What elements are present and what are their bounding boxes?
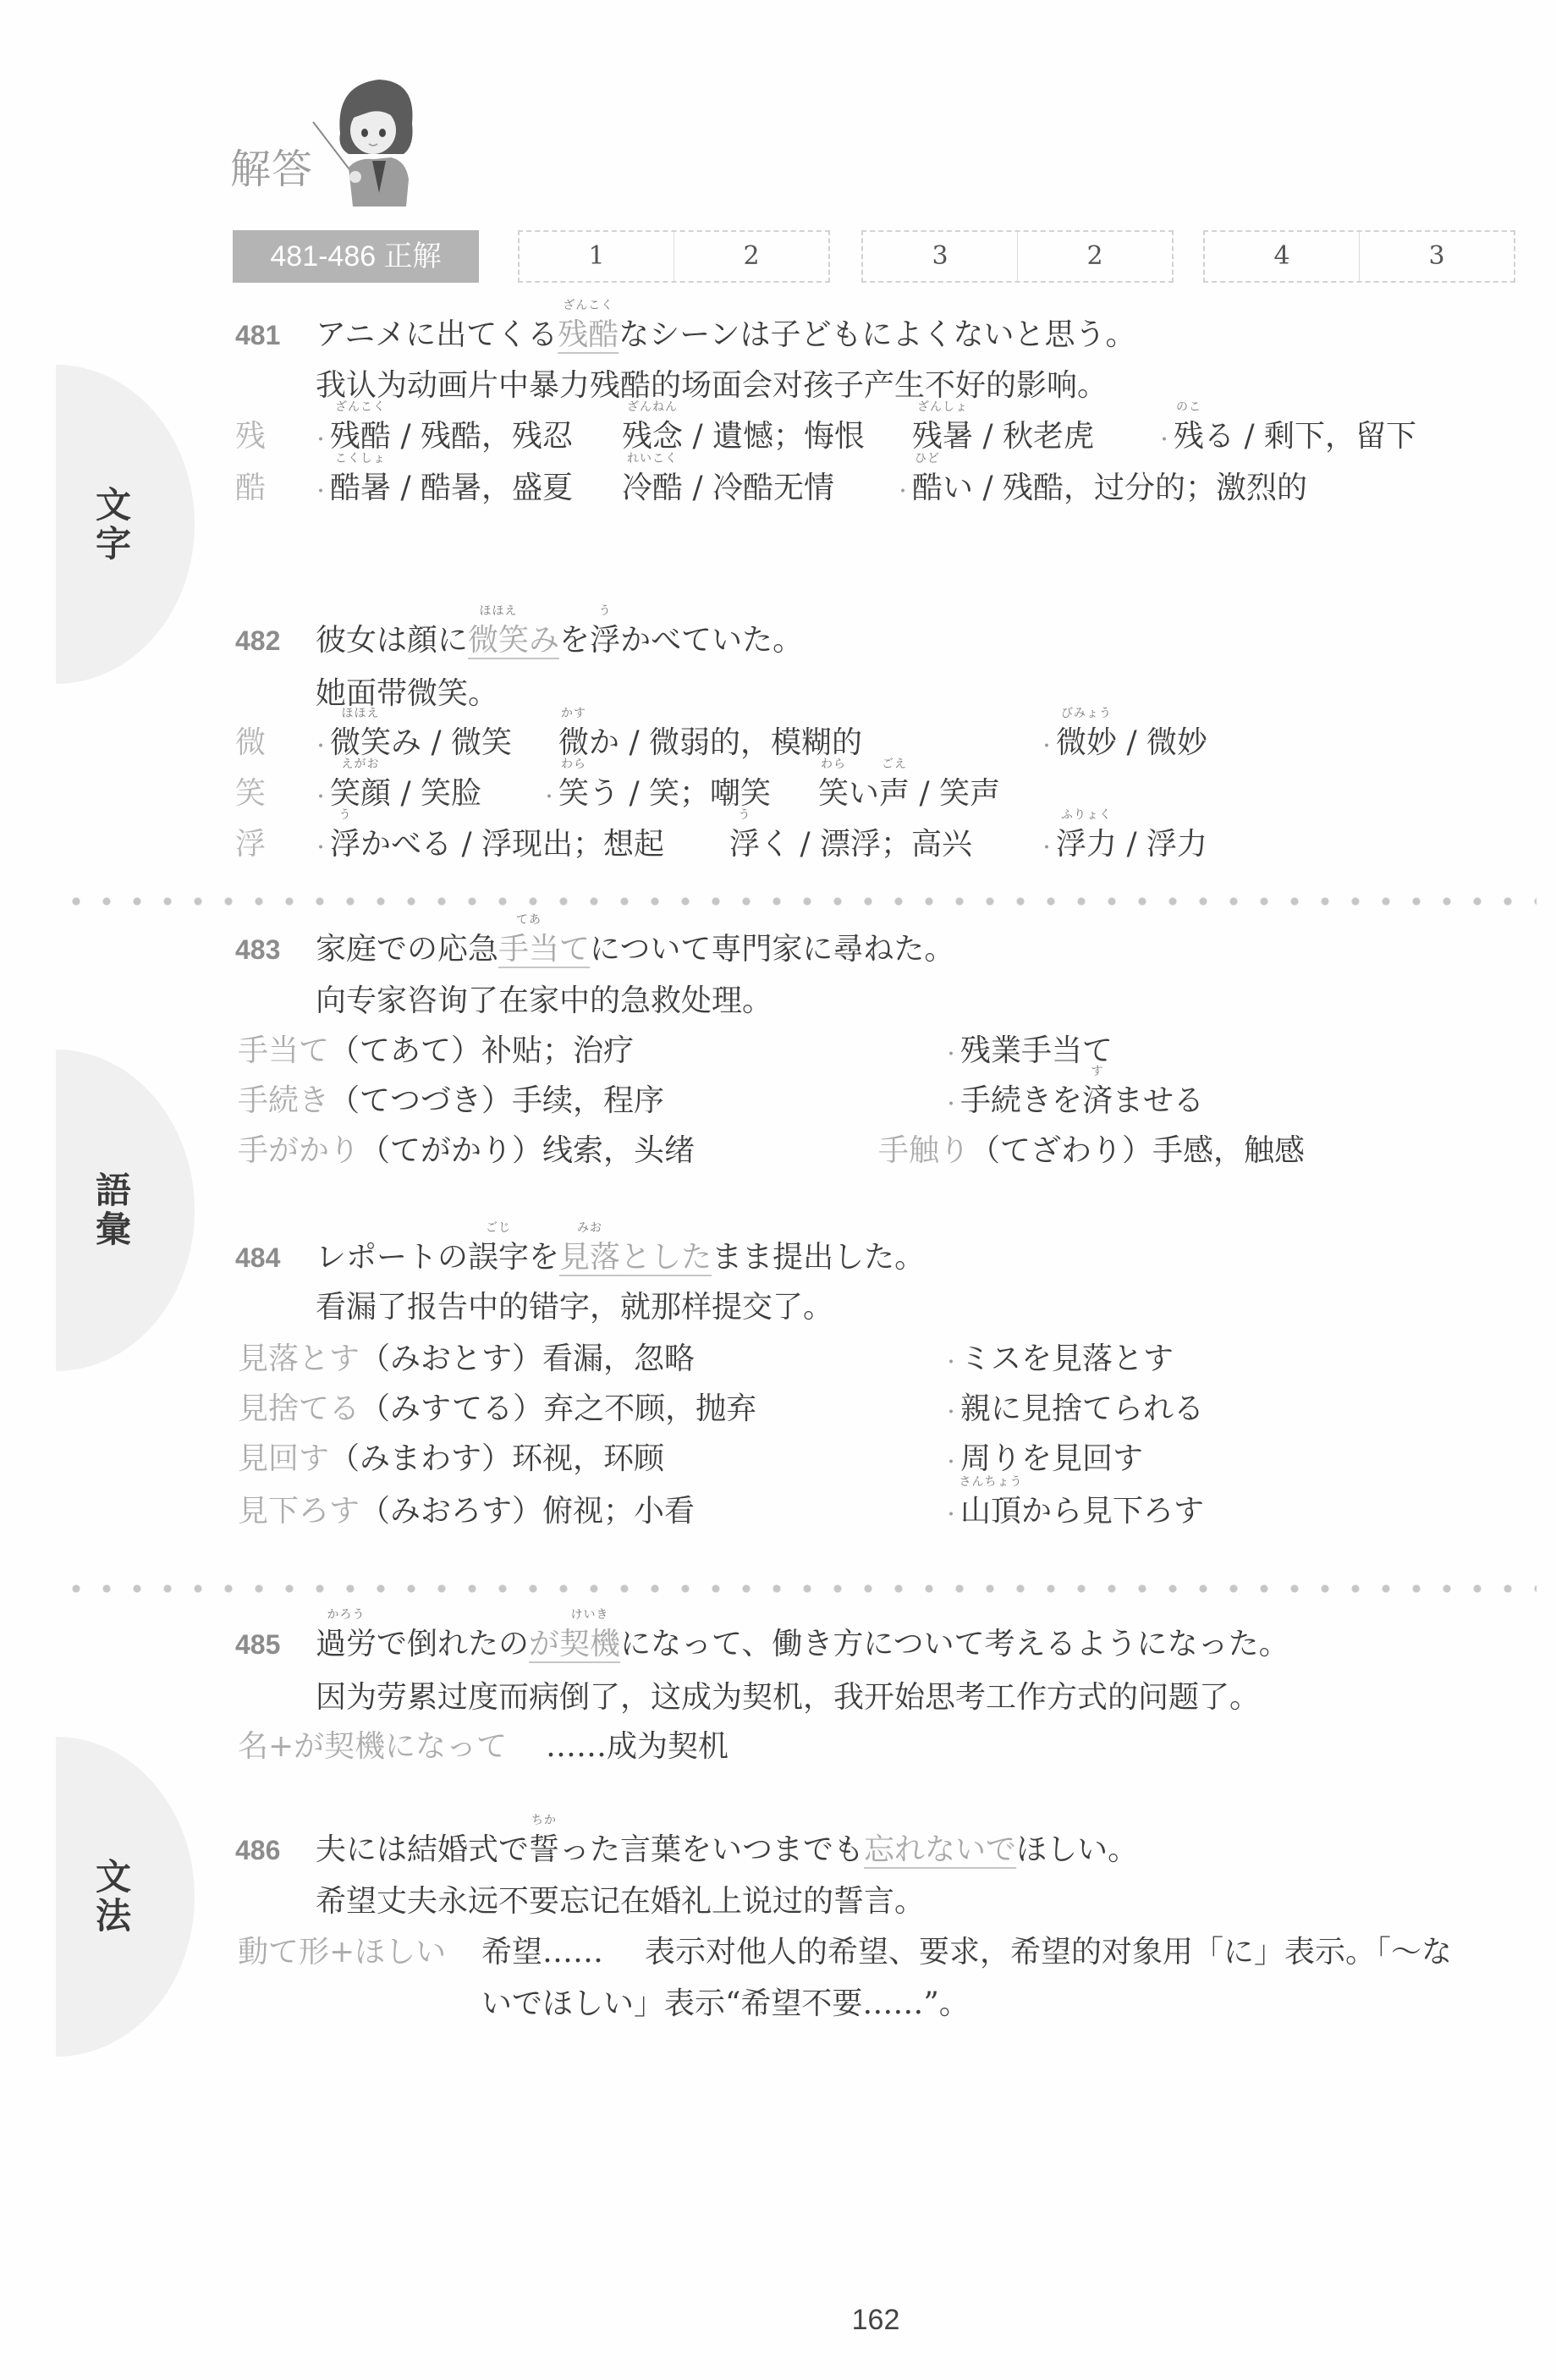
furigana: ごじ [448, 1222, 549, 1234]
question-481: 481 アニメに出てくるざんこく残酷なシーンは子どもによくないと思う。 [0, 317, 1556, 354]
entry-word-base: 冷酷 [622, 471, 683, 505]
question-sentence: アニメに出てくるざんこく残酷なシーンは子どもによくないと思う。 [316, 317, 1136, 354]
kanji-note-row: 酷 ・こくしょ酷暑 / 酷暑，盛夏 れいこく冷酷 / 冷酷无情 ・ひど酷い / … [0, 470, 1556, 507]
bullet-icon: ・ [942, 1345, 960, 1382]
furigana: けいき [539, 1609, 641, 1621]
entry-meaning: / 秋老虎 [973, 419, 1094, 454]
entry-word-base: 酷暑 [330, 471, 391, 505]
bullet-icon: ・ [942, 1395, 960, 1432]
entry-word-base: 微妙 [1056, 725, 1117, 760]
bullet-icon: ・ [1037, 830, 1056, 868]
question-sentence: かろう過労で倒れたのがけいき契機になって、働き方について考えるようになった。 [316, 1626, 1289, 1663]
furigana: う [709, 809, 780, 821]
furigana: てあ [478, 914, 580, 926]
translation-text: 向专家咨询了在家中的急救处理。 [316, 983, 773, 1020]
ruby-word-base: 誓 [529, 1832, 559, 1867]
kanji-entry: ・こくしょ酷暑 / 酷暑，盛夏 [311, 470, 573, 511]
kanji-label: 浮 [235, 826, 266, 863]
question-482: 482 彼女は顔にほほえ微笑みをう浮かべていた。 [0, 622, 1556, 659]
grammar-row-continued: いでほしい」表示“希望不要……”。 [0, 1986, 1556, 2023]
bullet-icon: ・ [942, 1497, 960, 1534]
entry-meaning: / 漂浮；高兴 [790, 827, 972, 862]
vocab-reading: （てあて） [329, 1033, 481, 1068]
entry-meaning: / 浮现出；想起 [452, 827, 664, 862]
ruby-word-base: 浮 [590, 623, 620, 658]
target-word: ほほえ微笑 [468, 622, 529, 659]
vocab-entry: 見下ろす（みおろす）俯视；小看 [238, 1493, 695, 1530]
entry-word-base: 残念 [622, 419, 683, 454]
kanji-note-row: 浮 ・う浮かべる / 浮现出；想起 う浮く / 漂浮；高兴 ・ふりょく浮力 / … [0, 826, 1556, 863]
target-word-tail: て [559, 932, 590, 967]
grammar-row: 名+が契機になって ……成为契机 [0, 1728, 1556, 1766]
furigana: ほほえ [448, 605, 549, 617]
bullet-icon: ・ [311, 474, 330, 511]
furigana: ほほえ [310, 708, 411, 719]
vocab-meaning: 弃之不顾，抛弃 [543, 1391, 756, 1426]
sentence-text: 家庭での応急 [316, 932, 498, 967]
entry-word: えがお笑顔 [330, 775, 391, 813]
sentence-text: なシーンは子どもによくないと思う。 [619, 317, 1135, 352]
kanji-label: 笑 [235, 775, 266, 813]
entry-meaning: / 笑声 [910, 776, 1000, 811]
furigana: ざんこく [310, 401, 411, 413]
ruby-word: う浮 [590, 622, 620, 659]
kanji-entry: れいこく冷酷 / 冷酷无情 [622, 470, 834, 507]
target-word: ざんこく残酷 [558, 317, 619, 354]
example-text: 手続きを [960, 1083, 1082, 1118]
question-number: 483 [235, 931, 280, 968]
entry-word: のこ残 [1174, 418, 1204, 455]
vocab-meaning: 环视，环顾 [512, 1441, 664, 1476]
kanji-entry: う浮く / 漂浮；高兴 [729, 826, 972, 863]
kanji-note-row: 残 ・ざんこく残酷 / 残酷，残忍 ざんねん残念 / 遺憾；悔恨 ざんしょ残暑 … [0, 418, 1556, 455]
entry-word-base: 笑 [558, 776, 589, 811]
entry-word: ざんこく残酷 [330, 418, 391, 455]
furigana: ざんねん [602, 401, 703, 413]
question-486: 486 夫には結婚式でちか誓った言葉をいつまでも忘れないでほしい。 [0, 1832, 1556, 1869]
question-sentence: レポートのごじ誤字をみお見落としたまま提出した。 [316, 1239, 925, 1276]
example-text: ミスを見落とす [960, 1342, 1174, 1376]
furigana: ざんこく [537, 300, 639, 311]
kanji-entry: ざんねん残念 / 遺憾；悔恨 [622, 418, 865, 455]
sentence-text: を [559, 623, 590, 658]
kanji-label: 微 [235, 724, 266, 762]
kanji-entry: かす微か / 微弱的，模糊的 [558, 724, 862, 762]
vocab-word: 手続き [238, 1083, 329, 1118]
furigana: れいこく [602, 453, 703, 465]
vocab-entry: 見落とす（みおとす）看漏，忽略 [238, 1341, 695, 1378]
answer-cell: 3 [863, 232, 1017, 281]
ruby-word: ちか誓 [529, 1832, 559, 1869]
target-word-base: 見落 [559, 1240, 620, 1275]
example-text: から見下ろす [1021, 1494, 1204, 1529]
translation-text: 我认为动画片中暴力残酷的场面会对孩子产生不好的影响。 [316, 367, 1108, 405]
target-word-tail: とした [620, 1240, 712, 1275]
furigana: す [1062, 1066, 1133, 1077]
entry-meaning: / 剩下，留下 [1234, 419, 1416, 454]
entry-word-base: 残暑 [912, 419, 973, 454]
sentence-text: った言葉をいつまでも [559, 1832, 864, 1867]
translation: 因为劳累过度而病倒了，这成为契机，我开始思考工作方式的问题了。 [0, 1679, 1556, 1716]
entry-word-base: 浮 [729, 827, 760, 862]
question-485: 485 かろう過労で倒れたのがけいき契機になって、働き方について考えるようになっ… [0, 1626, 1556, 1663]
furigana: びみょう [1036, 708, 1137, 719]
question-483: 483 家庭での応急てあ手当てについて専門家に尋ねた。 [0, 931, 1556, 968]
kanji-note-row: 微 ・ほほえ微笑み / 微笑 かす微か / 微弱的，模糊的 ・びみょう微妙 / … [0, 724, 1556, 762]
furigana: ふりょく [1036, 809, 1137, 821]
question-number: 481 [235, 317, 280, 354]
vocab-row: 手がかり（てがかり）线索，头绪 手触り（てざわり）手感，触感 [0, 1132, 1556, 1170]
example-text: 残業手当て [960, 1033, 1113, 1068]
target-word: みお見落 [559, 1239, 620, 1276]
entry-okurigana: る [1204, 419, 1234, 454]
kanji-entry: ・ふりょく浮力 / 浮力 [1037, 826, 1207, 868]
furigana: えがお [310, 758, 411, 770]
answer-pair: 1 2 [518, 230, 830, 283]
example-text: 周りを見回す [960, 1441, 1143, 1476]
vocab-example: ・手続きをす済ませる [942, 1083, 1204, 1124]
entry-okurigana: う [589, 776, 619, 811]
translation: 看漏了报告中的错字，就那样提交了。 [0, 1289, 1556, 1326]
vocab-row: 手続き（てつづき）手续，程序 ・手続きをす済ませる [0, 1083, 1556, 1120]
furigana: さんちょう [940, 1476, 1042, 1488]
entry-word: う浮 [330, 826, 360, 863]
target-word: てあ手当 [498, 931, 559, 968]
vocab-reading: （てつづき） [329, 1083, 512, 1118]
target-word-tail: み [529, 623, 559, 658]
entry-word-base-2: 声 [879, 776, 910, 811]
entry-okurigana: く [760, 827, 790, 862]
vocab-entry: 手がかり（てがかり）线索，头绪 [238, 1132, 695, 1170]
entry-meaning: / 笑；嘲笑 [619, 776, 771, 811]
entry-word-base: 残酷 [330, 419, 391, 454]
furigana: ちか [509, 1815, 580, 1826]
answer-pair: 4 3 [1203, 230, 1515, 283]
entry-word-base: 酷 [912, 471, 943, 505]
furigana: う [569, 605, 641, 617]
vocab-meaning: 看漏，忽略 [542, 1342, 695, 1376]
furigana: ざんしょ [892, 401, 993, 413]
entry-word-base: 微 [558, 725, 589, 760]
sentence-text: ほしい。 [1016, 1832, 1138, 1867]
bullet-icon: ・ [540, 780, 558, 817]
bullet-icon: ・ [893, 474, 912, 511]
example-text: ませる [1113, 1083, 1204, 1118]
vocab-row: 見捨てる（みすてる）弃之不顾，抛弃 ・親に見捨てられる [0, 1391, 1556, 1428]
entry-word: びみょう微妙 [1056, 724, 1117, 762]
entry-word: わら笑 [558, 775, 589, 813]
kanji-entry: ・ひど酷い / 残酷，过分的；激烈的 [893, 470, 1307, 511]
furigana: ごえ [859, 758, 930, 770]
dotted-divider [61, 1584, 1537, 1594]
target-word: けいき契機 [559, 1626, 620, 1663]
ruby-word-base: 山頂 [960, 1494, 1021, 1529]
entry-word: ふりょく浮力 [1056, 826, 1117, 863]
sentence-text: アニメに出てくる [316, 317, 558, 352]
answer-cell: 4 [1205, 232, 1359, 281]
target-word-base: 手当 [498, 932, 559, 967]
entry-word-base: 浮力 [1056, 827, 1117, 862]
vocab-meaning: 补贴；治疗 [481, 1033, 634, 1068]
bullet-icon: ・ [1037, 729, 1056, 766]
furigana: のこ [1153, 401, 1224, 413]
kanji-entry: わら笑いごえ声 / 笑声 [818, 775, 1000, 813]
entry-meaning: / 微妙 [1117, 725, 1207, 760]
sentence-text: になって、働き方について考えるようになった。 [620, 1627, 1289, 1661]
question-number: 482 [235, 622, 280, 659]
entry-word: ざんしょ残暑 [912, 418, 973, 455]
sentence-text: 夫には結婚式で [316, 1832, 529, 1867]
entry-okurigana: かべる [360, 827, 452, 862]
question-484: 484 レポートのごじ誤字をみお見落としたまま提出した。 [0, 1239, 1556, 1276]
furigana: う [310, 809, 381, 821]
entry-word: ほほえ微笑 [330, 724, 391, 762]
sentence-text: を [529, 1240, 559, 1275]
vocab-entry: 見捨てる（みすてる）弃之不顾，抛弃 [238, 1391, 756, 1428]
vocab-example: ・ミスを見落とす [942, 1341, 1174, 1382]
entry-word-base: 微笑 [330, 725, 391, 760]
answer-cell: 2 [1017, 232, 1172, 281]
kanji-entry: ・のこ残る / 剩下，留下 [1155, 418, 1416, 460]
vocab-example: ・親に見捨てられる [942, 1391, 1204, 1432]
translation: 我认为动画片中暴力残酷的场面会对孩子产生不好的影响。 [0, 367, 1556, 405]
vocab-meaning: 俯视；小看 [542, 1494, 695, 1529]
vocab-row: 見下ろす（みおろす）俯视；小看 ・さんちょう山頂から見下ろす [0, 1493, 1556, 1530]
entry-word: れいこく冷酷 [622, 470, 683, 507]
entry-word-base: 笑顔 [330, 776, 391, 811]
entry-word: ひど酷 [912, 470, 943, 507]
bullet-icon: ・ [1155, 422, 1174, 460]
entry-word: わら笑 [818, 775, 849, 813]
furigana: わら [538, 758, 609, 770]
translation: 她面带微笑。 [0, 675, 1556, 713]
answer-cell: 3 [1359, 232, 1514, 281]
answer-pair: 3 2 [861, 230, 1174, 283]
translation-text: 因为劳累过度而病倒了，这成为契机，我开始思考工作方式的问题了。 [316, 1679, 1260, 1716]
entry-word-base: 笑 [818, 776, 849, 811]
furigana: こくしょ [310, 453, 411, 465]
vocab-reading: （みおろす） [360, 1494, 542, 1529]
kanji-note-row: 笑 ・えがお笑顔 / 笑脸 ・わら笑う / 笑；嘲笑 わら笑いごえ声 / 笑声 [0, 775, 1556, 813]
question-number: 484 [235, 1239, 280, 1276]
question-sentence: 家庭での応急てあ手当てについて専門家に尋ねた。 [316, 931, 954, 968]
entry-word-base: 浮 [330, 827, 360, 862]
entry-okurigana: い [849, 776, 879, 811]
sentence-text: まま提出した。 [712, 1240, 925, 1275]
vocab-word: 見捨てる [238, 1391, 360, 1426]
furigana: かす [538, 708, 609, 719]
vocab-reading: （みおとす） [360, 1342, 542, 1376]
sentence-text: で倒れたの [377, 1627, 529, 1661]
question-number: 485 [235, 1626, 280, 1663]
entry-meaning: / 残酷，残忍 [391, 419, 573, 454]
vocab-word: 手当て [238, 1033, 329, 1068]
vocab-word: 見落とす [238, 1342, 360, 1376]
entry-okurigana: い [943, 471, 973, 505]
vocab-entry: 手当て（てあて）补贴；治疗 [238, 1033, 634, 1070]
vocab-example: ・さんちょう山頂から見下ろす [942, 1493, 1204, 1534]
vocab-meaning: 线索，头绪 [542, 1133, 695, 1168]
sentence-text: について専門家に尋ねた。 [590, 932, 954, 967]
ruby-word-base: 済 [1082, 1083, 1113, 1118]
target-word: 忘れないで [864, 1832, 1016, 1867]
entry-meaning: / 浮力 [1117, 827, 1207, 862]
grammar-pattern: 名+が契機になって [238, 1728, 507, 1766]
vocab-word: 見下ろす [238, 1494, 360, 1529]
sentence-text: 彼女は顔に [316, 623, 468, 658]
ruby-word: かろう過労 [316, 1626, 377, 1663]
grammar-explanation: 表示对他人的希望、要求，希望的对象用「に」表示。「～な [645, 1934, 1452, 1971]
translation-text: 看漏了报告中的错字，就那样提交了。 [316, 1289, 833, 1326]
vocab-meaning: 手感，触感 [1152, 1133, 1305, 1168]
vocab-word: 手触り [878, 1133, 970, 1168]
entry-meaning: / 微弱的，模糊的 [619, 725, 862, 760]
kanji-entry: ざんしょ残暑 / 秋老虎 [912, 418, 1094, 455]
question-sentence: 夫には結婚式でちか誓った言葉をいつまでも忘れないでほしい。 [316, 1832, 1138, 1869]
answer-range-label: 481-486 正解 [233, 230, 479, 283]
grammar-pattern: 動て形+ほしい [238, 1934, 446, 1971]
grammar-explanation: いでほしい」表示“希望不要……”。 [481, 1986, 970, 2023]
translation: 向专家咨询了在家中的急救处理。 [0, 983, 1556, 1020]
entry-okurigana: み [391, 725, 421, 760]
entry-meaning: / 笑脸 [391, 776, 481, 811]
furigana: かろう [295, 1609, 397, 1621]
kanji-entry: ・う浮かべる / 浮现出；想起 [311, 826, 664, 868]
vocab-reading: （みすてる） [360, 1391, 543, 1426]
target-word-base: 微笑 [468, 623, 529, 658]
entry-meaning: / 遺憾；悔恨 [683, 419, 865, 454]
translation: 希望丈夫永远不要忘记在婚礼上说过的誓言。 [0, 1883, 1556, 1920]
related-vocab-entry: 手触り（てざわり）手感，触感 [878, 1132, 1305, 1170]
page-number: 162 [846, 2304, 905, 2337]
furigana: ひど [892, 453, 963, 465]
ruby-word-base: 過労 [316, 1627, 377, 1661]
target-word-particle: が [529, 1627, 559, 1661]
vocab-row: 見落とす（みおとす）看漏，忽略 ・ミスを見落とす [0, 1341, 1556, 1378]
vocab-entry: 見回す（みまわす）环视，环顾 [238, 1441, 664, 1478]
grammar-row: 動て形+ほしい 希望…… 表示对他人的希望、要求，希望的对象用「に」表示。「～な [0, 1934, 1556, 1971]
entry-word: こくしょ酷暑 [330, 470, 391, 507]
target-word-base: 契機 [559, 1627, 620, 1661]
vocab-reading: （てがかり） [360, 1133, 542, 1168]
entry-word-2: ごえ声 [879, 775, 910, 813]
side-tab-label: 語彙 [85, 1171, 136, 1249]
example-text: 親に見捨てられる [960, 1391, 1204, 1426]
vocab-meaning: 手续，程序 [512, 1083, 664, 1118]
ruby-word-base: 誤字 [468, 1240, 529, 1275]
vocab-row: 手当て（てあて）补贴；治疗 ・残業手当て [0, 1033, 1556, 1070]
ruby-word: さんちょう山頂 [960, 1493, 1021, 1530]
entry-meaning: / 酷暑，盛夏 [391, 471, 573, 505]
question-sentence: 彼女は顔にほほえ微笑みをう浮かべていた。 [316, 622, 803, 659]
vocab-reading: （みまわす） [329, 1441, 512, 1476]
entry-word: かす微 [558, 724, 589, 762]
ruby-word: す済 [1082, 1083, 1113, 1120]
answer-cell: 1 [520, 232, 674, 281]
entry-okurigana: か [589, 725, 619, 760]
vocab-reading: （てざわり） [970, 1133, 1152, 1168]
vocab-row: 見回す（みまわす）环视，环顾 ・周りを見回す [0, 1441, 1556, 1478]
kanji-label: 酷 [235, 470, 266, 507]
vocab-entry: 手続き（てつづき）手续，程序 [238, 1083, 664, 1120]
answer-cell: 2 [674, 232, 828, 281]
furigana: みお [539, 1222, 641, 1234]
entry-word-base: 残 [1174, 419, 1204, 454]
dotted-divider [61, 896, 1537, 906]
teacher-mascot-icon [306, 73, 416, 208]
translation-text: 希望丈夫永远不要忘记在婚礼上说过的誓言。 [316, 1883, 925, 1920]
ruby-word: ごじ誤字 [468, 1239, 529, 1276]
grammar-meaning: 希望…… [481, 1934, 603, 1971]
section-title: 解答 [230, 144, 313, 195]
textbook-page: 解答 481-486 正解 1 2 3 2 4 3 文字 語彙 文法 481 [0, 0, 1556, 2380]
vocab-word: 手がかり [238, 1133, 360, 1168]
entry-meaning: / 冷酷无情 [683, 471, 834, 505]
vocab-word: 見回す [238, 1441, 329, 1476]
entry-meaning: / 残酷，过分的；激烈的 [973, 471, 1307, 505]
sentence-text: レポートの [316, 1240, 468, 1275]
bullet-icon: ・ [311, 830, 330, 868]
entry-word: う浮 [729, 826, 760, 863]
kanji-label: 残 [235, 418, 266, 455]
kanji-entry: ・びみょう微妙 / 微妙 [1037, 724, 1207, 766]
sentence-text: かべていた。 [620, 623, 803, 658]
entry-word: ざんねん残念 [622, 418, 683, 455]
entry-meaning: / 微笑 [421, 725, 512, 760]
question-number: 486 [235, 1832, 280, 1869]
bullet-icon: ・ [942, 1037, 960, 1074]
grammar-meaning: ……成为契机 [546, 1728, 729, 1766]
bullet-icon: ・ [942, 1087, 960, 1124]
target-word-base: 残酷 [558, 317, 619, 352]
